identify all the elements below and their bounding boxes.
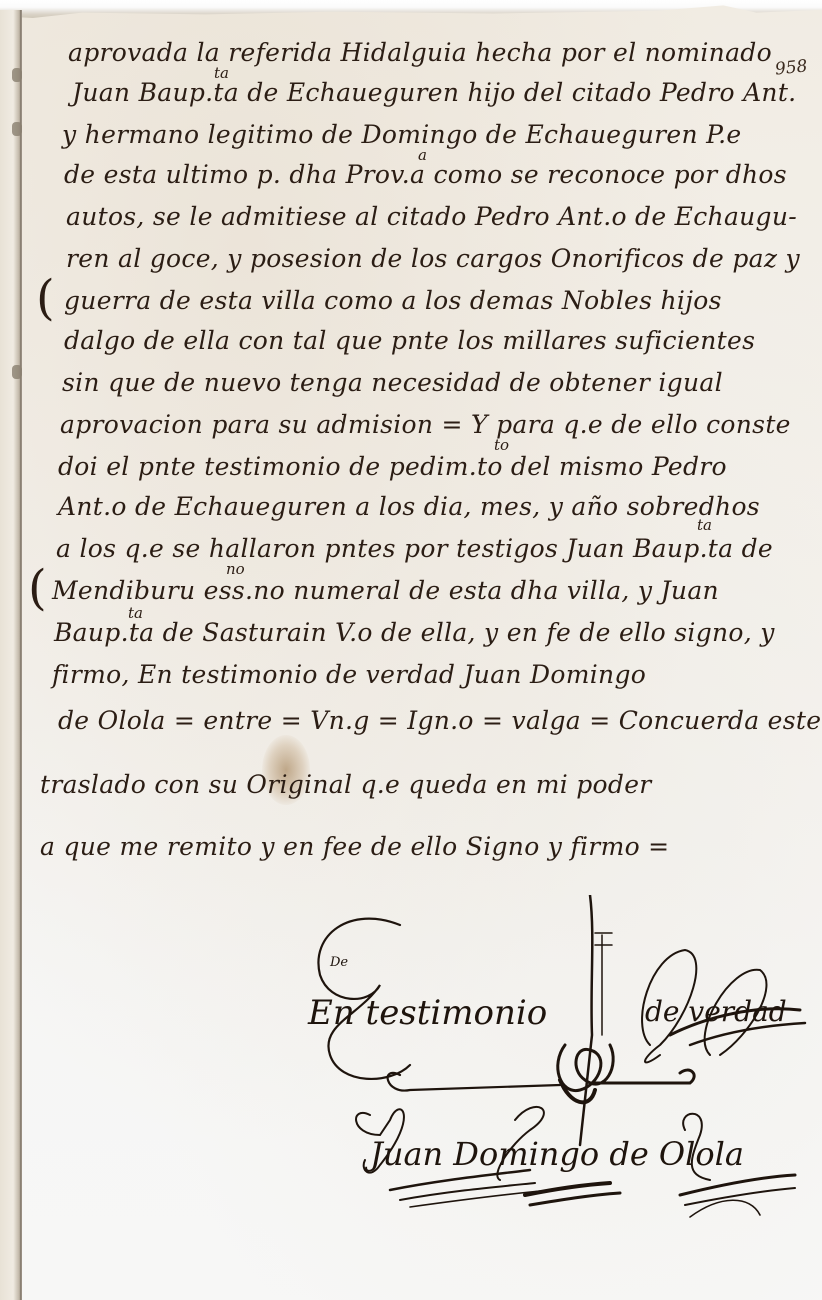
superscript: a <box>418 146 427 164</box>
superscript: ta <box>214 64 229 82</box>
text-line: Ant.o de Echaueguren a los dia, mes, y a… <box>58 492 760 521</box>
text-line: de Olola = entre = Vn.g = Ign.o = valga … <box>58 706 821 735</box>
signature-text-testimonio: En testimonio <box>308 993 547 1033</box>
superscript: ta <box>128 604 143 622</box>
text-line: Juan Baup.ta de Echaueguren hijo del cit… <box>72 78 796 107</box>
text-line: de esta ultimo p. dha Prov.a como se rec… <box>64 160 787 189</box>
superscript: no <box>226 560 245 578</box>
text-line: autos, se le admitiese al citado Pedro A… <box>66 202 797 231</box>
notary-signature: De En testimonio de verdad Juan Domingo … <box>290 895 820 1225</box>
text-line: doi el pnte testimonio de pedim.to del m… <box>58 452 727 481</box>
manuscript-text: aprovada la referida Hidalguia hecha por… <box>0 0 822 900</box>
text-line: aprovada la referida Hidalguia hecha por… <box>68 38 772 67</box>
text-line: traslado con su Original q.e queda en mi… <box>40 770 652 799</box>
text-line: dalgo de ella con tal que pnte los milla… <box>64 326 755 355</box>
signature-prefix: De <box>330 955 348 970</box>
signature-name: Juan Domingo de Olola <box>370 1135 744 1173</box>
text-line: a los q.e se hallaron pntes por testigos… <box>56 534 773 563</box>
margin-bracket: ( <box>28 560 47 616</box>
text-line: guerra de esta villa como a los demas No… <box>64 286 722 315</box>
margin-bracket: ( <box>36 270 55 326</box>
superscript: to <box>494 436 509 454</box>
text-line: sin que de nuevo tenga necesidad de obte… <box>62 368 723 397</box>
text-line: firmo, En testimonio de verdad Juan Domi… <box>52 660 646 689</box>
superscript: ta <box>697 516 712 534</box>
text-line: y hermano legitimo de Domingo de Echaueg… <box>62 120 742 149</box>
signature-text-verdad: de verdad <box>645 995 787 1028</box>
text-line: ren al goce, y posesion de los cargos On… <box>66 244 800 273</box>
manuscript-page: 958 aprovada la referida Hidalguia hecha… <box>0 0 822 1300</box>
text-line: aprovacion para su admision = Y para q.e… <box>60 410 791 439</box>
text-line: Baup.ta de Sasturain V.o de ella, y en f… <box>54 618 775 647</box>
text-line: Mendiburu ess.no numeral de esta dha vil… <box>52 576 719 605</box>
text-line: a que me remito y en fee de ello Signo y… <box>40 832 669 861</box>
signature-flourish <box>290 895 820 1225</box>
